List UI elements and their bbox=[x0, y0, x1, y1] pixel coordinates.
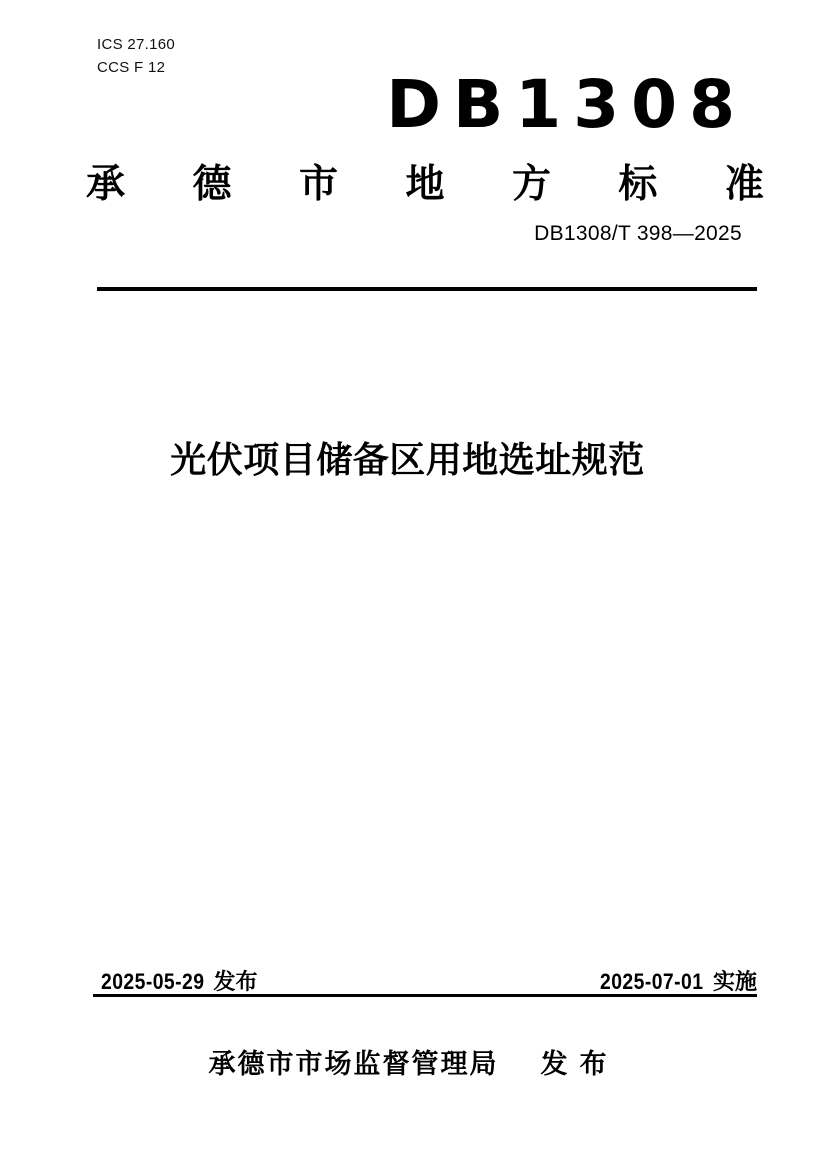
standard-type-char: 方 bbox=[512, 165, 551, 204]
ics-code: ICS 27.160 bbox=[97, 33, 175, 56]
implementation-date: 2025-07-01 bbox=[600, 970, 703, 994]
standard-type-char: 市 bbox=[299, 165, 338, 204]
standard-number: DB1308/T 398—2025 bbox=[534, 222, 742, 246]
standard-type-char: 德 bbox=[192, 165, 231, 204]
header-rule bbox=[97, 287, 757, 291]
issue-label: 发布 bbox=[214, 970, 258, 994]
standard-type-char: 承 bbox=[86, 165, 125, 204]
standard-type-title: 承德市地方标准 bbox=[86, 165, 764, 204]
classification-block: ICS 27.160 CCS F 12 bbox=[97, 33, 175, 79]
standard-cover-page: ICS 27.160 CCS F 12 DB1308 承德市地方标准 DB130… bbox=[0, 0, 815, 1151]
date-row: 2025-05-29 发布 2025-07-01 实施 bbox=[93, 970, 757, 997]
standard-type-char: 标 bbox=[618, 165, 657, 204]
implementation-date-group: 2025-07-01 实施 bbox=[600, 970, 757, 994]
document-title: 光伏项目储备区用地选址规范 bbox=[0, 440, 815, 480]
issue-date-group: 2025-05-29 发布 bbox=[93, 970, 258, 994]
db-code: DB1308 bbox=[386, 72, 747, 138]
standard-type-char: 地 bbox=[405, 165, 444, 204]
publisher-name: 承德市市场监督管理局 bbox=[209, 1051, 499, 1078]
standard-type-char: 准 bbox=[725, 165, 764, 204]
publish-label: 发布 bbox=[541, 1051, 619, 1078]
ccs-code: CCS F 12 bbox=[97, 56, 175, 79]
implementation-label: 实施 bbox=[713, 970, 757, 994]
publisher-row: 承德市市场监督管理局 发布 bbox=[0, 1051, 815, 1078]
issue-date: 2025-05-29 bbox=[101, 970, 204, 994]
